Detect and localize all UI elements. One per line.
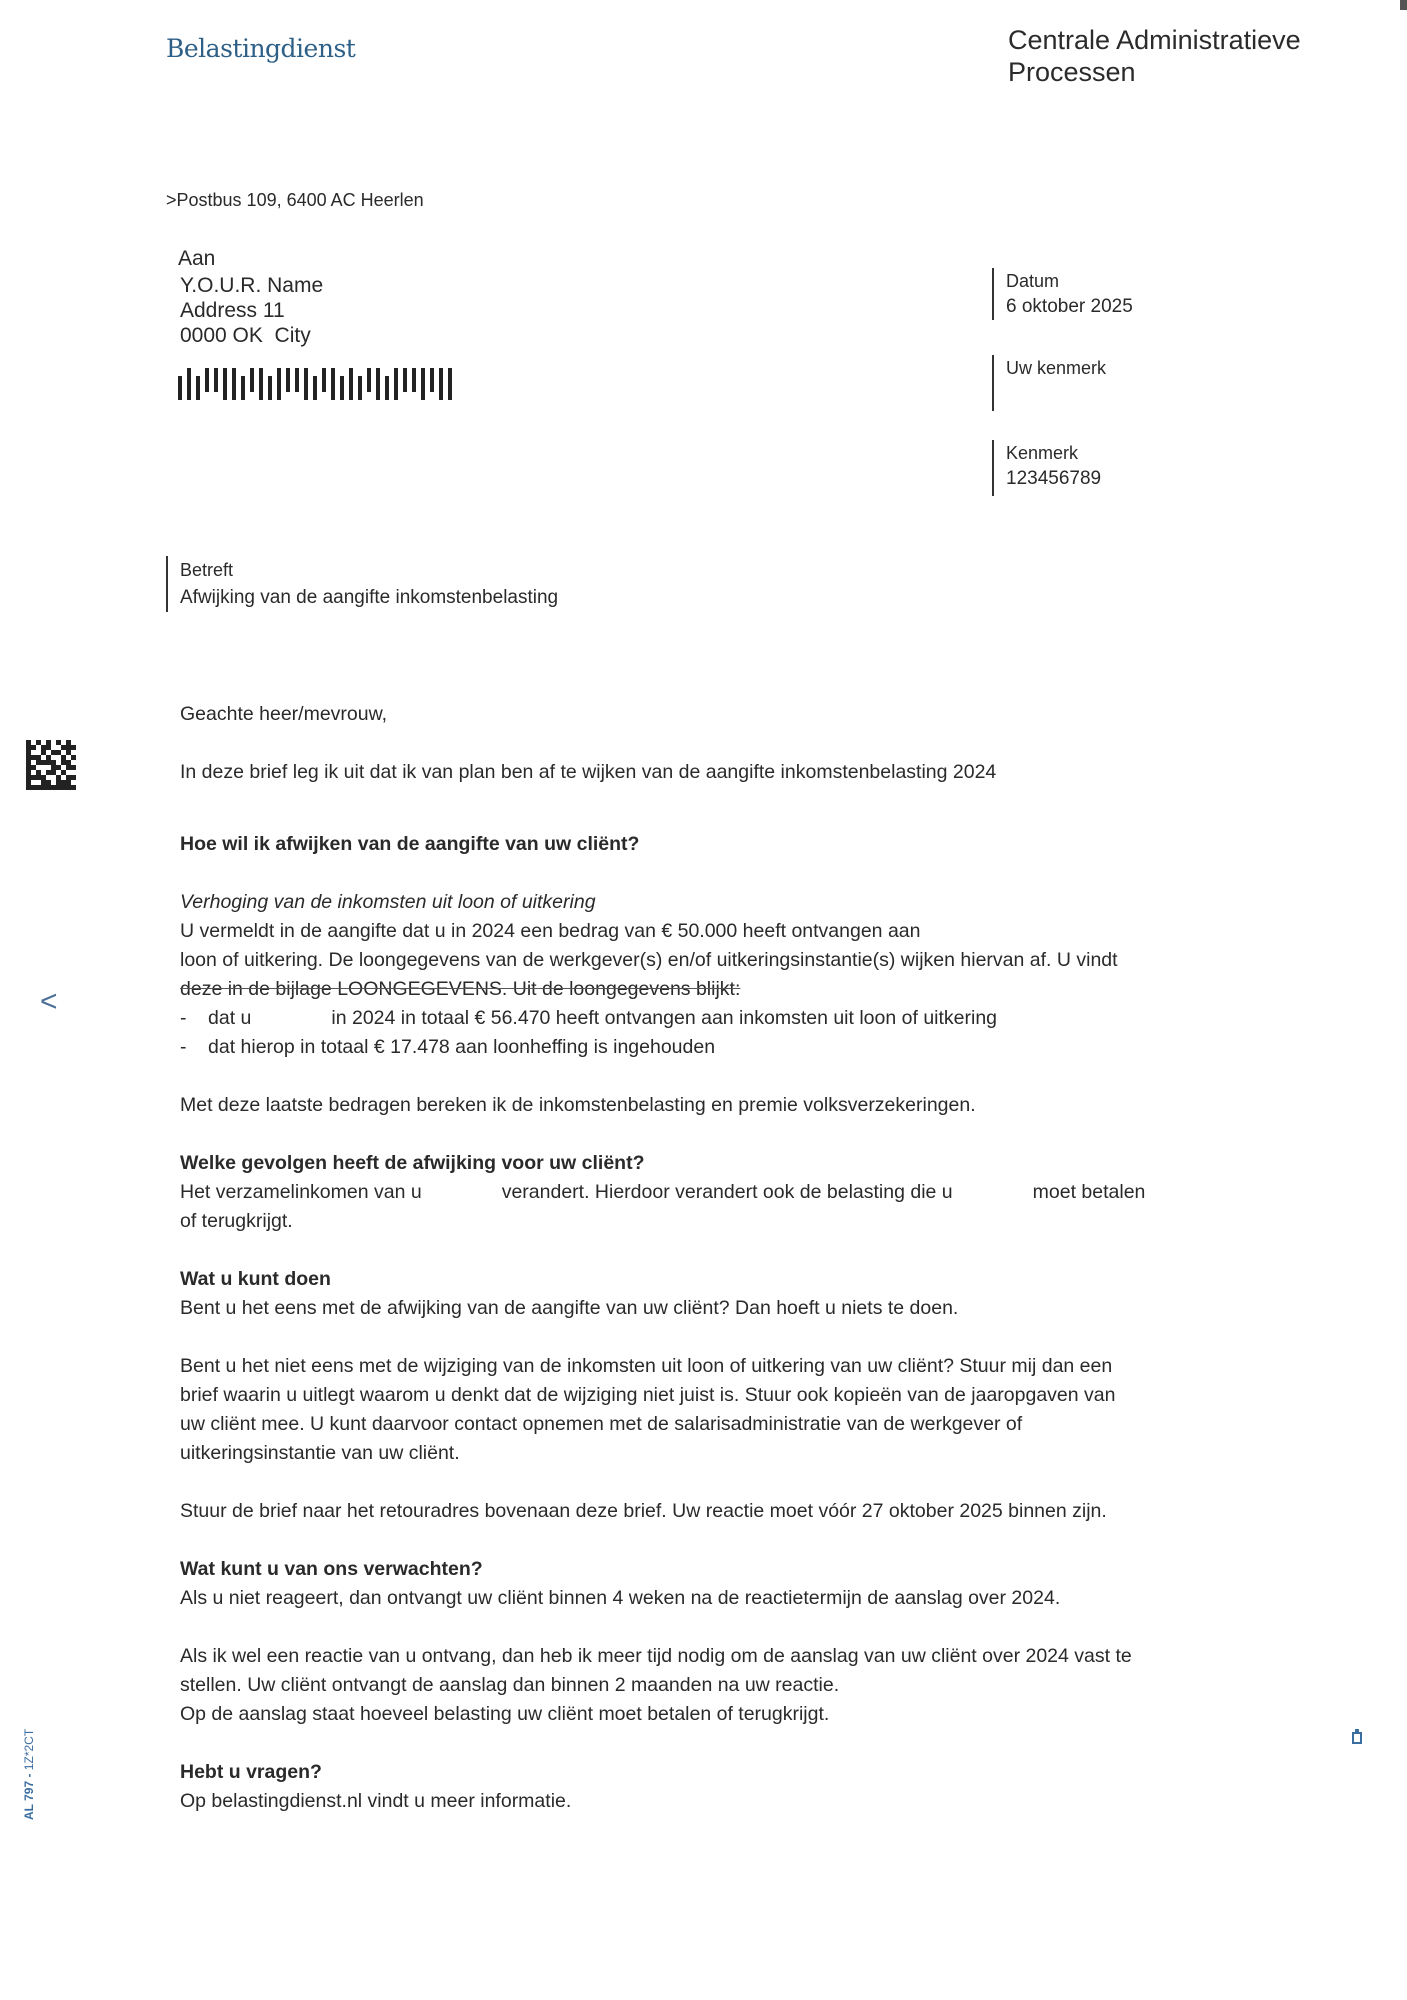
disagree-line-4: uitkeringsinstantie van uw cliënt. xyxy=(180,1439,1260,1468)
your-reference-block: Uw kenmerk xyxy=(992,355,1106,411)
disagree-line-3: uw cliënt mee. U kunt daarvoor contact o… xyxy=(180,1410,1260,1439)
reference-value: 123456789 xyxy=(1006,466,1101,492)
return-address: >Postbus 109, 6400 AC Heerlen xyxy=(166,190,424,211)
your-reference-label: Uw kenmerk xyxy=(1006,355,1106,381)
section-subheading: Verhoging van de inkomsten uit loon of u… xyxy=(180,888,1260,917)
form-code: AL 797 - 1Z*2CT xyxy=(22,1729,36,1820)
deviation-line-3: deze in de bijlage LOONGEGEVENS. Uit de … xyxy=(180,975,1260,1004)
date-value: 6 oktober 2025 xyxy=(1006,294,1133,320)
subject-label: Betreft xyxy=(180,556,558,584)
disagree-line-1: Bent u het niet eens met de wijziging va… xyxy=(180,1352,1260,1381)
consequences-line-2: of terugkrijgt. xyxy=(180,1207,1260,1236)
datamatrix-code-icon xyxy=(26,740,76,790)
postal-barcode xyxy=(178,366,458,402)
section-heading-expectations: Wat kunt u van ons verwachten? xyxy=(180,1555,1260,1584)
deadline-paragraph: Stuur de brief naar het retouradres bove… xyxy=(180,1497,1260,1526)
consequences-line-1: Het verzamelinkomen van uverandert. Hier… xyxy=(180,1178,1260,1207)
recipient-name: Y.O.U.R. Name xyxy=(180,273,323,298)
sender-department: Centrale Administratieve Processen xyxy=(1008,24,1301,88)
reference-block: Kenmerk 123456789 xyxy=(992,440,1101,496)
recipient-street: Address 11 xyxy=(180,298,323,323)
questions-paragraph: Op belastingdienst.nl vindt u meer infor… xyxy=(180,1787,1260,1816)
subject-value: Afwijking van de aangifte inkomstenbelas… xyxy=(180,584,558,612)
section-heading-consequences: Welke gevolgen heeft de afwijking voor u… xyxy=(180,1149,1260,1178)
no-reaction-paragraph: Als u niet reageert, dan ontvangt uw cli… xyxy=(180,1584,1260,1613)
reference-label: Kenmerk xyxy=(1006,440,1101,466)
disagree-line-2: brief waarin u uitlegt waarom u denkt da… xyxy=(180,1381,1260,1410)
date-block: Datum 6 oktober 2025 xyxy=(992,268,1133,320)
page-marker-icon xyxy=(1352,1732,1362,1744)
org-line-1: Centrale Administratieve xyxy=(1008,24,1301,56)
belastingdienst-logo: Belastingdienst xyxy=(166,34,355,63)
intro-paragraph: In deze brief leg ik uit dat ik van plan… xyxy=(180,758,1260,787)
recipient-address: Aan Y.O.U.R. Name Address 11 0000 OK Cit… xyxy=(180,246,323,348)
date-label: Datum xyxy=(1006,268,1133,294)
agree-paragraph: Bent u het eens met de afwijking van de … xyxy=(180,1294,1260,1323)
calculation-note: Met deze laatste bedragen bereken ik de … xyxy=(180,1091,1260,1120)
section-heading-actions: Wat u kunt doen xyxy=(180,1265,1260,1294)
reaction-line-1: Als ik wel een reactie van u ontvang, da… xyxy=(180,1642,1260,1671)
deviation-line-1: U vermeldt in de aangifte dat u in 2024 … xyxy=(180,917,1260,946)
chevron-left-icon: < xyxy=(40,985,58,1019)
recipient-city: 0000 OK City xyxy=(180,323,323,348)
section-heading-deviation: Hoe wil ik afwijken van de aangifte van … xyxy=(180,830,1260,859)
reaction-line-2: stellen. Uw cliënt ontvangt de aanslag d… xyxy=(180,1671,1260,1700)
recipient-label: Aan xyxy=(178,246,323,271)
section-heading-questions: Hebt u vragen? xyxy=(180,1758,1260,1787)
bullet-withholding: - dat hierop in totaal € 17.478 aan loon… xyxy=(180,1033,1260,1062)
reaction-line-3: Op de aanslag staat hoeveel belasting uw… xyxy=(180,1700,1260,1729)
bullet-income: - dat u in 2024 in totaal € 56.470 heeft… xyxy=(180,1004,1260,1033)
org-line-2: Processen xyxy=(1008,56,1301,88)
letter-body: Geachte heer/mevrouw, In deze brief leg … xyxy=(180,700,1260,1816)
salutation: Geachte heer/mevrouw, xyxy=(180,700,1260,729)
deviation-line-2: loon of uitkering. De loongegevens van d… xyxy=(180,946,1260,975)
subject-block: Betreft Afwijking van de aangifte inkoms… xyxy=(166,556,558,612)
scan-corner-mark xyxy=(1400,0,1407,10)
